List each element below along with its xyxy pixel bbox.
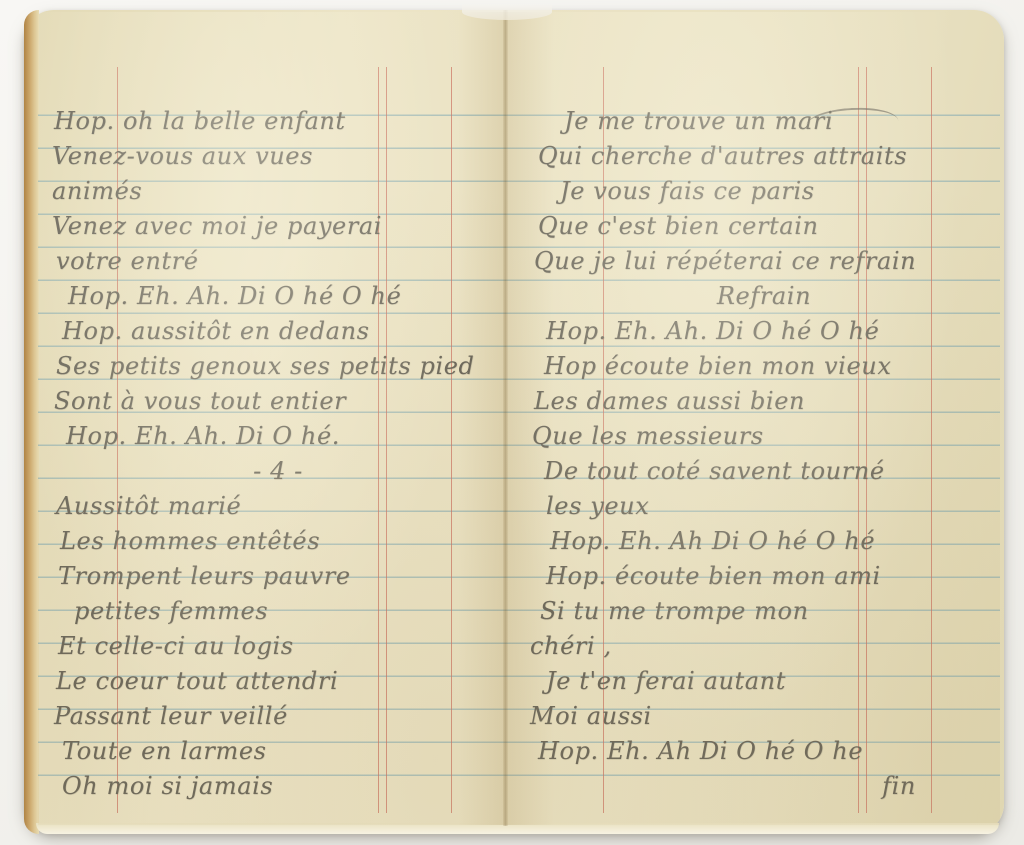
handwriting-line: Hop. oh la belle enfant (52, 104, 504, 139)
handwriting-line: les yeux (530, 489, 998, 524)
handwriting-line: Que je lui répéterai ce refrain (530, 244, 998, 279)
handwriting-line: Toute en larmes (52, 734, 504, 769)
handwriting-line: Sont à vous tout entier (52, 384, 504, 419)
handwriting-line: Hop écoute bien mon vieux (530, 349, 998, 384)
handwriting-line: Si tu me trompe mon (530, 594, 998, 629)
handwriting-line: Qui cherche d'autres attraits (530, 139, 998, 174)
handwriting-line: Refrain (530, 279, 998, 314)
binding-spine (503, 10, 508, 826)
handwriting-line: Venez-vous aux vues (52, 139, 504, 174)
notebook-page-left: Hop. oh la belle enfantVenez-vous aux vu… (38, 12, 506, 825)
handwriting-left: Hop. oh la belle enfantVenez-vous aux vu… (52, 104, 504, 804)
handwriting-line: Trompent leurs pauvre (52, 559, 504, 594)
handwriting-line: Venez avec moi je payerai (52, 209, 504, 244)
photo-backdrop: Hop. oh la belle enfantVenez-vous aux vu… (0, 0, 1024, 845)
page-stack-edge-left (24, 10, 39, 834)
handwriting-line: Hop. Eh. Ah. Di O hé O hé (52, 279, 504, 314)
handwriting-line: Le coeur tout attendri (52, 664, 504, 699)
handwriting-line: Oh moi si jamais (52, 769, 504, 804)
open-notebook: Hop. oh la belle enfantVenez-vous aux vu… (24, 10, 1004, 834)
handwriting-line: Je t'en ferai autant (530, 664, 998, 699)
handwriting-line: De tout coté savent tourné (530, 454, 998, 489)
handwriting-line: Aussitôt marié (52, 489, 504, 524)
handwriting-line: Moi aussi (530, 699, 998, 734)
binding-top-notch (462, 4, 552, 20)
handwriting-line: Hop. Eh. Ah. Di O hé. (52, 419, 504, 454)
handwriting-line: Hop. Eh. Ah Di O hé O he (530, 734, 998, 769)
handwriting-line: Hop. aussitôt en dedans (52, 314, 504, 349)
handwriting-line: petites femmes (52, 594, 504, 629)
notebook-page-right: Je me trouve un mariQui cherche d'autres… (506, 12, 1000, 825)
handwriting-line: Et celle-ci au logis (52, 629, 504, 664)
handwriting-line: Hop. écoute bien mon ami (530, 559, 998, 594)
handwriting-line: votre entré (52, 244, 504, 279)
handwriting-line: Hop. Eh. Ah. Di O hé O hé (530, 314, 998, 349)
handwriting-line: Je me trouve un mari (530, 104, 998, 139)
handwriting-line: animés (52, 174, 504, 209)
handwriting-line: Hop. Eh. Ah Di O hé O hé (530, 524, 998, 559)
handwriting-line: Les dames aussi bien (530, 384, 998, 419)
handwriting-line: - 4 - (52, 454, 504, 489)
handwriting-line: Passant leur veillé (52, 699, 504, 734)
handwriting-line: chéri , (530, 629, 998, 664)
handwriting-line: Que les messieurs (530, 419, 998, 454)
handwriting-line: fin (530, 769, 998, 804)
handwriting-line: Je vous fais ce paris (530, 174, 998, 209)
handwriting-line: Les hommes entêtés (52, 524, 504, 559)
handwriting-line: Ses petits genoux ses petits pied (52, 349, 504, 384)
handwriting-line: Que c'est bien certain (530, 209, 998, 244)
handwriting-right: Je me trouve un mariQui cherche d'autres… (530, 104, 998, 804)
